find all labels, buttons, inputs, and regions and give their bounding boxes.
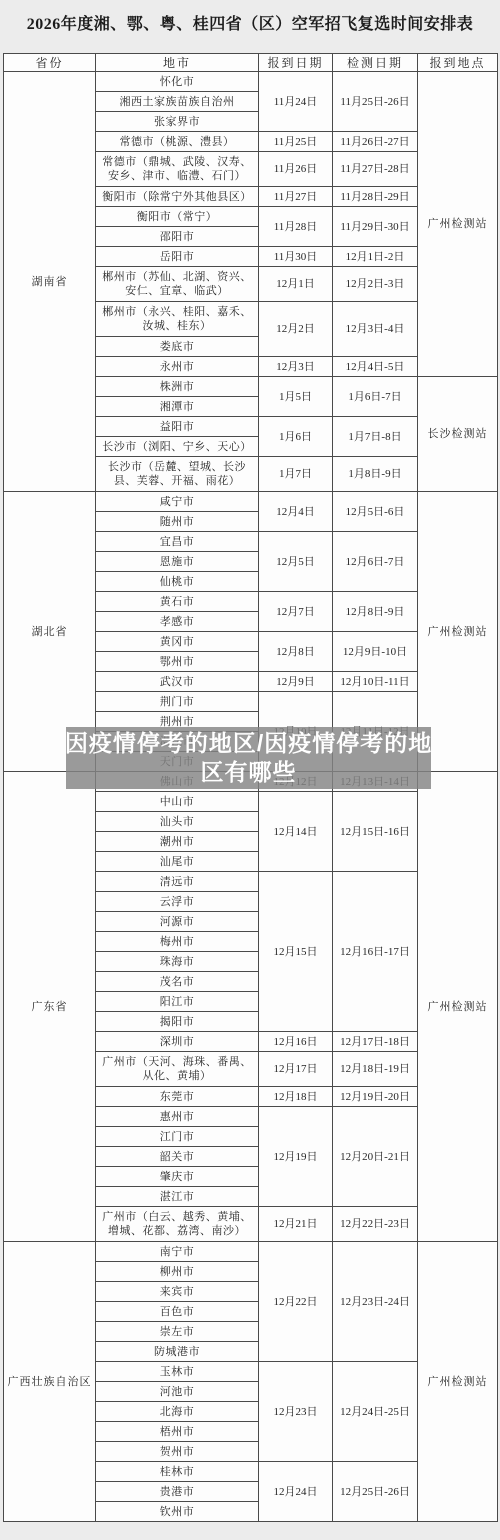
report-date-cell: 12月1日 bbox=[259, 267, 333, 302]
city-cell: 怀化市 bbox=[96, 72, 259, 92]
report-date-cell: 12月21日 bbox=[259, 1207, 333, 1242]
city-cell: 茂名市 bbox=[96, 972, 259, 992]
city-cell: 常德市（桃源、澧县） bbox=[96, 132, 259, 152]
report-date-cell: 12月17日 bbox=[259, 1052, 333, 1087]
city-cell: 邵阳市 bbox=[96, 227, 259, 247]
report-date-cell: 11月27日 bbox=[259, 187, 333, 207]
city-cell: 桂林市 bbox=[96, 1462, 259, 1482]
report-date-cell: 12月8日 bbox=[259, 632, 333, 672]
report-date-cell: 12月15日 bbox=[259, 872, 333, 1032]
city-cell: 郴州市（苏仙、北湖、资兴、安仁、宜章、临武） bbox=[96, 267, 259, 302]
city-cell: 来宾市 bbox=[96, 1282, 259, 1302]
city-cell: 恩施市 bbox=[96, 552, 259, 572]
report-date-cell: 12月3日 bbox=[259, 357, 333, 377]
city-cell: 江门市 bbox=[96, 1127, 259, 1147]
test-date-cell: 12月18日-19日 bbox=[333, 1052, 418, 1087]
test-date-cell: 12月6日-7日 bbox=[333, 532, 418, 592]
city-cell: 永州市 bbox=[96, 357, 259, 377]
city-cell: 防城港市 bbox=[96, 1342, 259, 1362]
test-date-cell: 12月24日-25日 bbox=[333, 1362, 418, 1462]
city-cell: 东莞市 bbox=[96, 1087, 259, 1107]
report-date-cell: 1月5日 bbox=[259, 377, 333, 417]
test-date-cell: 11月25日-26日 bbox=[333, 72, 418, 132]
city-cell: 河池市 bbox=[96, 1382, 259, 1402]
report-date-cell: 12月14日 bbox=[259, 792, 333, 872]
city-cell: 湘西土家族苗族自治州 bbox=[96, 92, 259, 112]
city-cell: 广州市（天河、海珠、番禺、从化、黄埔） bbox=[96, 1052, 259, 1087]
city-cell: 黄石市 bbox=[96, 592, 259, 612]
report-date-cell: 11月25日 bbox=[259, 132, 333, 152]
city-cell: 仙桃市 bbox=[96, 572, 259, 592]
test-date-cell: 12月1日-2日 bbox=[333, 247, 418, 267]
test-date-cell: 12月25日-26日 bbox=[333, 1462, 418, 1522]
header-report-date: 报到日期 bbox=[259, 54, 333, 72]
city-cell: 潮州市 bbox=[96, 832, 259, 852]
city-cell: 岳阳市 bbox=[96, 247, 259, 267]
city-cell: 清远市 bbox=[96, 872, 259, 892]
city-cell: 钦州市 bbox=[96, 1502, 259, 1522]
test-date-cell: 11月27日-28日 bbox=[333, 152, 418, 187]
city-cell: 武汉市 bbox=[96, 672, 259, 692]
test-date-cell: 1月8日-9日 bbox=[333, 457, 418, 492]
city-cell: 北海市 bbox=[96, 1402, 259, 1422]
city-cell: 汕尾市 bbox=[96, 852, 259, 872]
city-cell: 阳江市 bbox=[96, 992, 259, 1012]
city-cell: 鄂州市 bbox=[96, 652, 259, 672]
report-date-cell: 12月16日 bbox=[259, 1032, 333, 1052]
city-cell: 娄底市 bbox=[96, 337, 259, 357]
test-date-cell: 12月10日-11日 bbox=[333, 672, 418, 692]
report-date-cell: 11月28日 bbox=[259, 207, 333, 247]
city-cell: 柳州市 bbox=[96, 1262, 259, 1282]
city-cell: 益阳市 bbox=[96, 417, 259, 437]
page-title: 2026年度湘、鄂、粤、桂四省（区）空军招飞复选时间安排表 bbox=[0, 11, 500, 34]
city-cell: 广州市（白云、越秀、黄埔、增城、花都、荔湾、南沙） bbox=[96, 1207, 259, 1242]
location-cell: 广州检测站 bbox=[418, 72, 498, 377]
city-cell: 郴州市（永兴、桂阳、嘉禾、汝城、桂东） bbox=[96, 302, 259, 337]
city-cell: 揭阳市 bbox=[96, 1012, 259, 1032]
city-cell: 宜昌市 bbox=[96, 532, 259, 552]
province-cell: 广西壮族自治区 bbox=[4, 1242, 96, 1522]
city-cell: 贺州市 bbox=[96, 1442, 259, 1462]
city-cell: 玉林市 bbox=[96, 1362, 259, 1382]
location-cell: 长沙检测站 bbox=[418, 377, 498, 492]
city-cell: 常德市（鼎城、武陵、汉寿、安乡、津市、临澧、石门） bbox=[96, 152, 259, 187]
city-cell: 湘潭市 bbox=[96, 397, 259, 417]
test-date-cell: 12月20日-21日 bbox=[333, 1107, 418, 1207]
city-cell: 河源市 bbox=[96, 912, 259, 932]
test-date-cell: 12月19日-20日 bbox=[333, 1087, 418, 1107]
table-row: 湖南省怀化市11月24日11月25日-26日广州检测站 bbox=[4, 72, 498, 92]
city-cell: 孝感市 bbox=[96, 612, 259, 632]
test-date-cell: 11月28日-29日 bbox=[333, 187, 418, 207]
report-date-cell: 12月19日 bbox=[259, 1107, 333, 1207]
test-date-cell: 11月26日-27日 bbox=[333, 132, 418, 152]
test-date-cell: 1月7日-8日 bbox=[333, 417, 418, 457]
table-row: 湖北省咸宁市12月4日12月5日-6日广州检测站 bbox=[4, 492, 498, 512]
report-date-cell: 12月18日 bbox=[259, 1087, 333, 1107]
page: 2026年度湘、鄂、粤、桂四省（区）空军招飞复选时间安排表 省份 地市 报到日期… bbox=[0, 0, 500, 1540]
city-cell: 长沙市（岳麓、望城、长沙县、芙蓉、开福、雨花） bbox=[96, 457, 259, 492]
test-date-cell: 12月17日-18日 bbox=[333, 1032, 418, 1052]
city-cell: 贵港市 bbox=[96, 1482, 259, 1502]
header-location: 报到地点 bbox=[418, 54, 498, 72]
city-cell: 惠州市 bbox=[96, 1107, 259, 1127]
test-date-cell: 12月3日-4日 bbox=[333, 302, 418, 357]
test-date-cell: 12月16日-17日 bbox=[333, 872, 418, 1032]
test-date-cell: 1月6日-7日 bbox=[333, 377, 418, 417]
test-date-cell: 12月15日-16日 bbox=[333, 792, 418, 872]
schedule-table-body: 湖南省怀化市11月24日11月25日-26日广州检测站湘西土家族苗族自治州张家界… bbox=[4, 72, 498, 1522]
report-date-cell: 1月7日 bbox=[259, 457, 333, 492]
test-date-cell: 12月9日-10日 bbox=[333, 632, 418, 672]
test-date-cell: 12月23日-24日 bbox=[333, 1242, 418, 1362]
test-date-cell: 12月22日-23日 bbox=[333, 1207, 418, 1242]
overlay-text-line1: 因疫情停考的地区/因疫情停考的地 bbox=[65, 729, 432, 758]
city-cell: 黄冈市 bbox=[96, 632, 259, 652]
city-cell: 湛江市 bbox=[96, 1187, 259, 1207]
city-cell: 梅州市 bbox=[96, 932, 259, 952]
city-cell: 梧州市 bbox=[96, 1422, 259, 1442]
report-date-cell: 11月30日 bbox=[259, 247, 333, 267]
city-cell: 百色市 bbox=[96, 1302, 259, 1322]
location-cell: 广州检测站 bbox=[418, 1242, 498, 1522]
header-city: 地市 bbox=[96, 54, 259, 72]
report-date-cell: 12月23日 bbox=[259, 1362, 333, 1462]
city-cell: 肇庆市 bbox=[96, 1167, 259, 1187]
overlay-text-line2: 区有哪些 bbox=[201, 758, 297, 787]
city-cell: 云浮市 bbox=[96, 892, 259, 912]
province-cell: 广东省 bbox=[4, 772, 96, 1242]
test-date-cell: 12月2日-3日 bbox=[333, 267, 418, 302]
table-header-row: 省份 地市 报到日期 检测日期 报到地点 bbox=[4, 54, 498, 72]
test-date-cell: 12月4日-5日 bbox=[333, 357, 418, 377]
report-date-cell: 11月24日 bbox=[259, 72, 333, 132]
report-date-cell: 12月24日 bbox=[259, 1462, 333, 1522]
report-date-cell: 12月4日 bbox=[259, 492, 333, 532]
city-cell: 衡阳市（常宁） bbox=[96, 207, 259, 227]
city-cell: 株洲市 bbox=[96, 377, 259, 397]
city-cell: 咸宁市 bbox=[96, 492, 259, 512]
test-date-cell: 12月5日-6日 bbox=[333, 492, 418, 532]
report-date-cell: 12月22日 bbox=[259, 1242, 333, 1362]
city-cell: 珠海市 bbox=[96, 952, 259, 972]
report-date-cell: 11月26日 bbox=[259, 152, 333, 187]
province-cell: 湖南省 bbox=[4, 72, 96, 492]
header-province: 省份 bbox=[4, 54, 96, 72]
city-cell: 张家界市 bbox=[96, 112, 259, 132]
report-date-cell: 12月9日 bbox=[259, 672, 333, 692]
report-date-cell: 12月7日 bbox=[259, 592, 333, 632]
location-cell: 广州检测站 bbox=[418, 772, 498, 1242]
city-cell: 汕头市 bbox=[96, 812, 259, 832]
city-cell: 长沙市（浏阳、宁乡、天心） bbox=[96, 437, 259, 457]
city-cell: 深圳市 bbox=[96, 1032, 259, 1052]
city-cell: 衡阳市（除常宁外其他县区） bbox=[96, 187, 259, 207]
city-cell: 随州市 bbox=[96, 512, 259, 532]
city-cell: 荆门市 bbox=[96, 692, 259, 712]
report-date-cell: 12月5日 bbox=[259, 532, 333, 592]
table-row: 广西壮族自治区南宁市12月22日12月23日-24日广州检测站 bbox=[4, 1242, 498, 1262]
test-date-cell: 12月8日-9日 bbox=[333, 592, 418, 632]
city-cell: 南宁市 bbox=[96, 1242, 259, 1262]
city-cell: 韶关市 bbox=[96, 1147, 259, 1167]
city-cell: 崇左市 bbox=[96, 1322, 259, 1342]
header-test-date: 检测日期 bbox=[333, 54, 418, 72]
test-date-cell: 11月29日-30日 bbox=[333, 207, 418, 247]
city-cell: 中山市 bbox=[96, 792, 259, 812]
epidemic-overlay-banner: 因疫情停考的地区/因疫情停考的地 区有哪些 bbox=[66, 727, 431, 789]
report-date-cell: 1月6日 bbox=[259, 417, 333, 457]
report-date-cell: 12月2日 bbox=[259, 302, 333, 357]
